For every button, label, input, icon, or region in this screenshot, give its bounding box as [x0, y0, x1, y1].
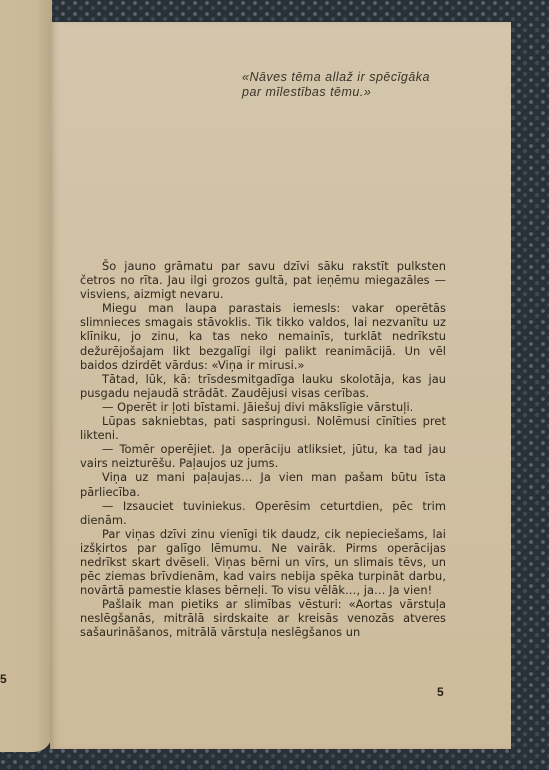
paragraph: Šo jauno grāmatu par savu dzīvi sāku rak…	[80, 259, 446, 301]
left-page-edge: 5	[0, 0, 52, 752]
paragraph: Viņa uz mani paļaujas… Ja vien man pašam…	[80, 470, 446, 498]
paragraph: — Izsauciet tuviniekus. Operēsim ceturtd…	[80, 499, 446, 527]
paragraph: — Operēt ir ļoti bīstami. Jāiešuj divi m…	[80, 400, 446, 414]
body-text: Šo jauno grāmatu par savu dzīvi sāku rak…	[80, 259, 446, 640]
epigraph-line: «Nāves tēma allaž ir spēcīgāka	[242, 70, 478, 85]
book-page: «Nāves tēma allaž ir spēcīgāka par mīles…	[50, 22, 511, 749]
paragraph: Tātad, lūk, kā: trīsdesmitgadīga lauku s…	[80, 372, 446, 400]
paragraph: Lūpas sakniebtas, pati saspringusi. Nolē…	[80, 414, 446, 442]
epigraph: «Nāves tēma allaž ir spēcīgāka par mīles…	[242, 70, 478, 100]
page-number: 5	[437, 685, 444, 699]
left-page-number-fragment: 5	[0, 672, 7, 686]
epigraph-line: par mīlestības tēmu.»	[242, 85, 478, 100]
paragraph: Miegu man laupa parastais iemesls: vakar…	[80, 301, 446, 371]
paragraph: Pašlaik man pietiks ar slimības vēsturi:…	[80, 597, 446, 639]
paragraph: Par viņas dzīvi zinu vienīgi tik daudz, …	[80, 527, 446, 597]
paragraph: — Tomēr operējiet. Ja operāciju atliksie…	[80, 442, 446, 470]
